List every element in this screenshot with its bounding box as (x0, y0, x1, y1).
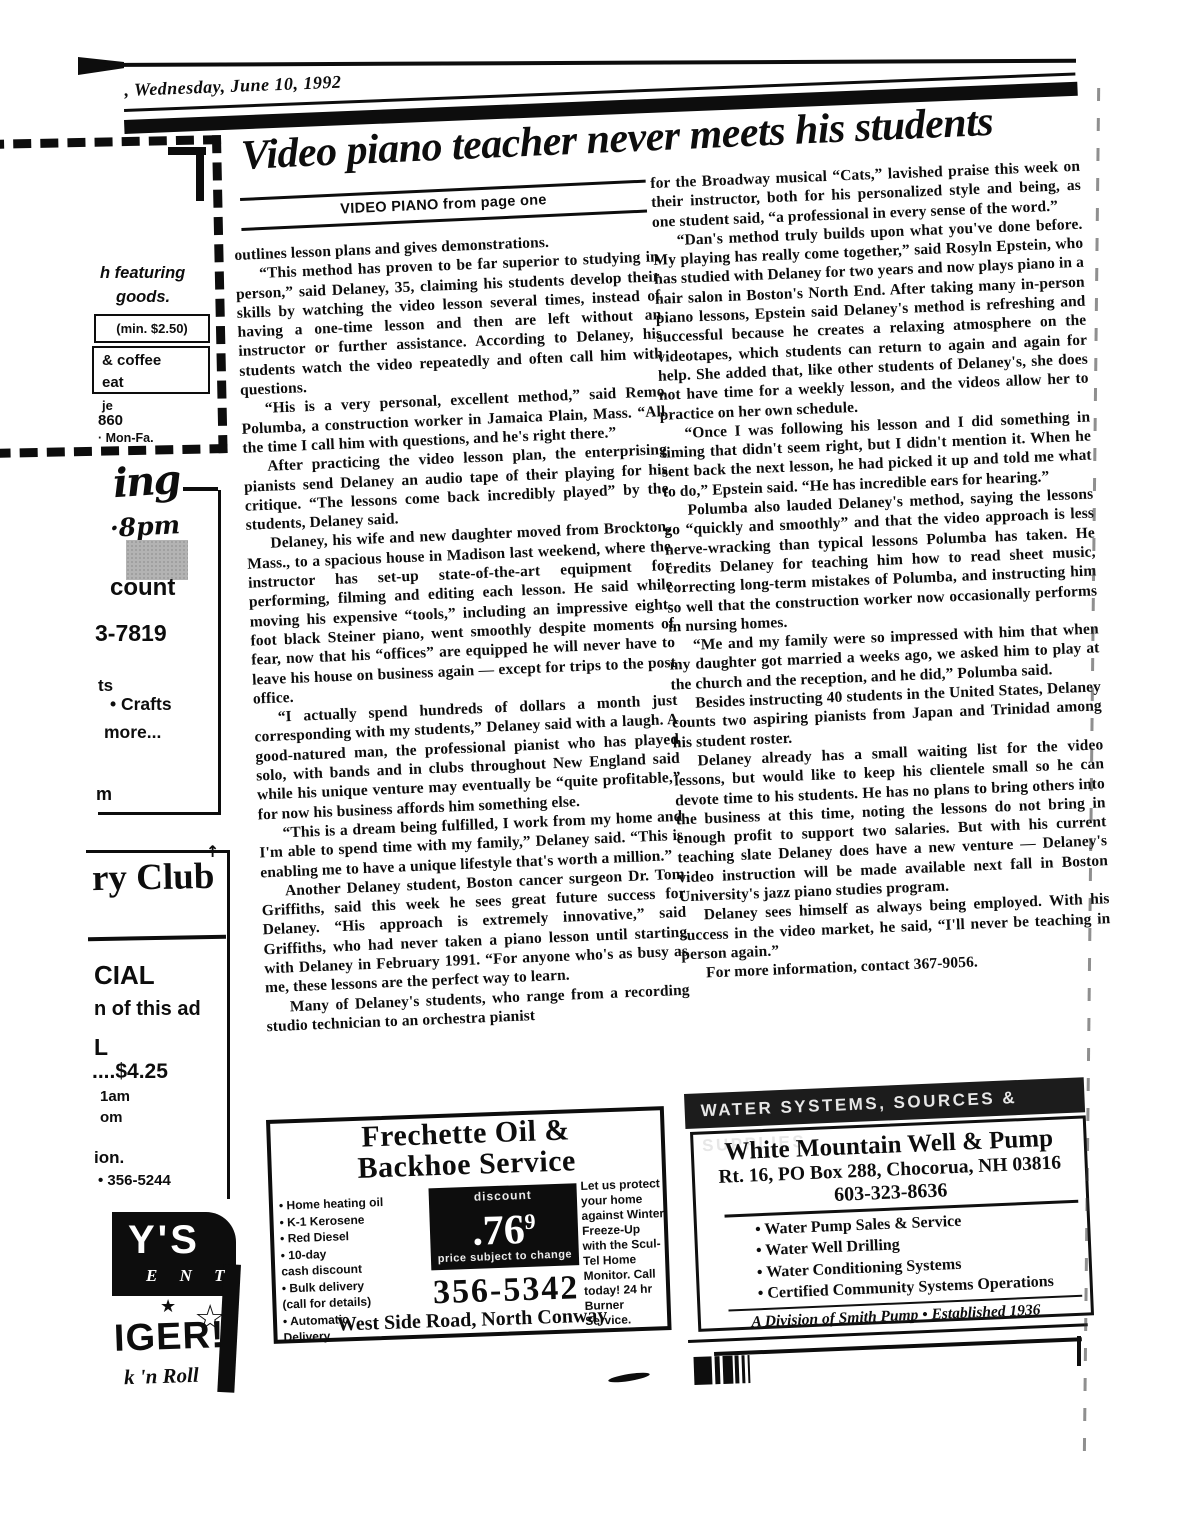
coupon-corner-bracket (196, 147, 204, 201)
coupon-coffee-box: & coffee eat (92, 346, 210, 394)
barcode-mark (693, 1355, 750, 1387)
ad-text: count (110, 574, 175, 602)
price-value: .769 (429, 1200, 579, 1253)
up-arrow-icon: ↑ (206, 842, 219, 861)
ad-text: L (94, 1034, 108, 1061)
frechette-ad: Frechette Oil & Backhoe Service • Home h… (266, 1106, 672, 1344)
masthead-date: , Wednesday, June 10, 1992 (124, 72, 342, 101)
coupon-text: 860 (98, 412, 123, 429)
script-text: ing (111, 456, 180, 508)
bottom-rule (714, 1337, 1082, 1356)
partial-phone: 3-7819 (95, 620, 167, 647)
ad-text: 1am (100, 1088, 130, 1105)
coupon-text: · Mon-Fa. (98, 431, 154, 445)
ad-text: CIAL (94, 960, 155, 991)
ad-text: k 'n Roll (124, 1363, 200, 1391)
white-mountain-ad: White Mountain Well & Pump Rt. 16, PO Bo… (690, 1115, 1094, 1331)
price-box: discount .769 price subject to change (428, 1183, 579, 1270)
star-icon: ★ (160, 1296, 176, 1317)
article-right-column: for the Broadway musical “Cats,” lavishe… (650, 157, 1112, 984)
coupon-text: h featuring (100, 264, 185, 283)
script-text: ·8pm (109, 510, 180, 543)
price-superscript: 9 (524, 1209, 536, 1234)
ad-text: om (100, 1109, 123, 1126)
ad-text: m (96, 784, 112, 805)
ink-smudge (608, 1371, 651, 1384)
coupon-text: eat (102, 372, 208, 394)
article-paragraph: Delaney already has a small waiting list… (673, 735, 1109, 907)
coupon-text: & coffee (102, 350, 208, 372)
ad-price: ....$4.25 (92, 1060, 168, 1084)
ad-text: more... (104, 722, 161, 743)
coupon-text: je (102, 398, 113, 413)
article-paragraph: “This method has proven to be far superi… (235, 248, 664, 401)
club-title: ry Club (92, 855, 215, 900)
ad-bullet-list: • Water Pump Sales & Service• Water Well… (697, 1205, 1090, 1307)
coupon-dashed-border (0, 135, 228, 458)
ad-text: ion. (94, 1148, 124, 1168)
ad-text: n of this ad (94, 998, 201, 1021)
coupon-text: goods. (116, 288, 170, 307)
coupon-min-box: (min. $2.50) (94, 314, 210, 343)
ad-fragment-border (86, 850, 230, 1199)
ad-text: E N T (146, 1266, 234, 1286)
bottom-corner-bracket (1077, 1336, 1081, 1366)
article-paragraph: Another Delaney student, Boston cancer s… (261, 864, 689, 997)
article-left-column: outlines lesson plans and gives demonstr… (234, 228, 691, 1036)
continuation-kicker: VIDEO PIANO from page one (240, 180, 647, 231)
price-number: .76 (471, 1207, 525, 1255)
ad-text: Y'S (128, 1218, 200, 1263)
article-paragraph: “Dan's method truly builds upon what you… (652, 215, 1089, 425)
article-paragraph: Delaney, his wife and new daughter moved… (246, 517, 677, 708)
top-rule (100, 59, 1076, 67)
article-paragraph: “I actually spend hundreds of dollars a … (253, 691, 681, 824)
ad-text: ts (98, 676, 113, 696)
article-paragraph: Polumba also lauded Delaney's method, sa… (663, 485, 1098, 637)
partial-phone: • 356-5244 (98, 1172, 171, 1189)
ad-text: IGER! (113, 1314, 225, 1361)
newspaper-page: , Wednesday, June 10, 1992 Video piano t… (0, 0, 1187, 1536)
ad-text: • Crafts (110, 694, 172, 715)
